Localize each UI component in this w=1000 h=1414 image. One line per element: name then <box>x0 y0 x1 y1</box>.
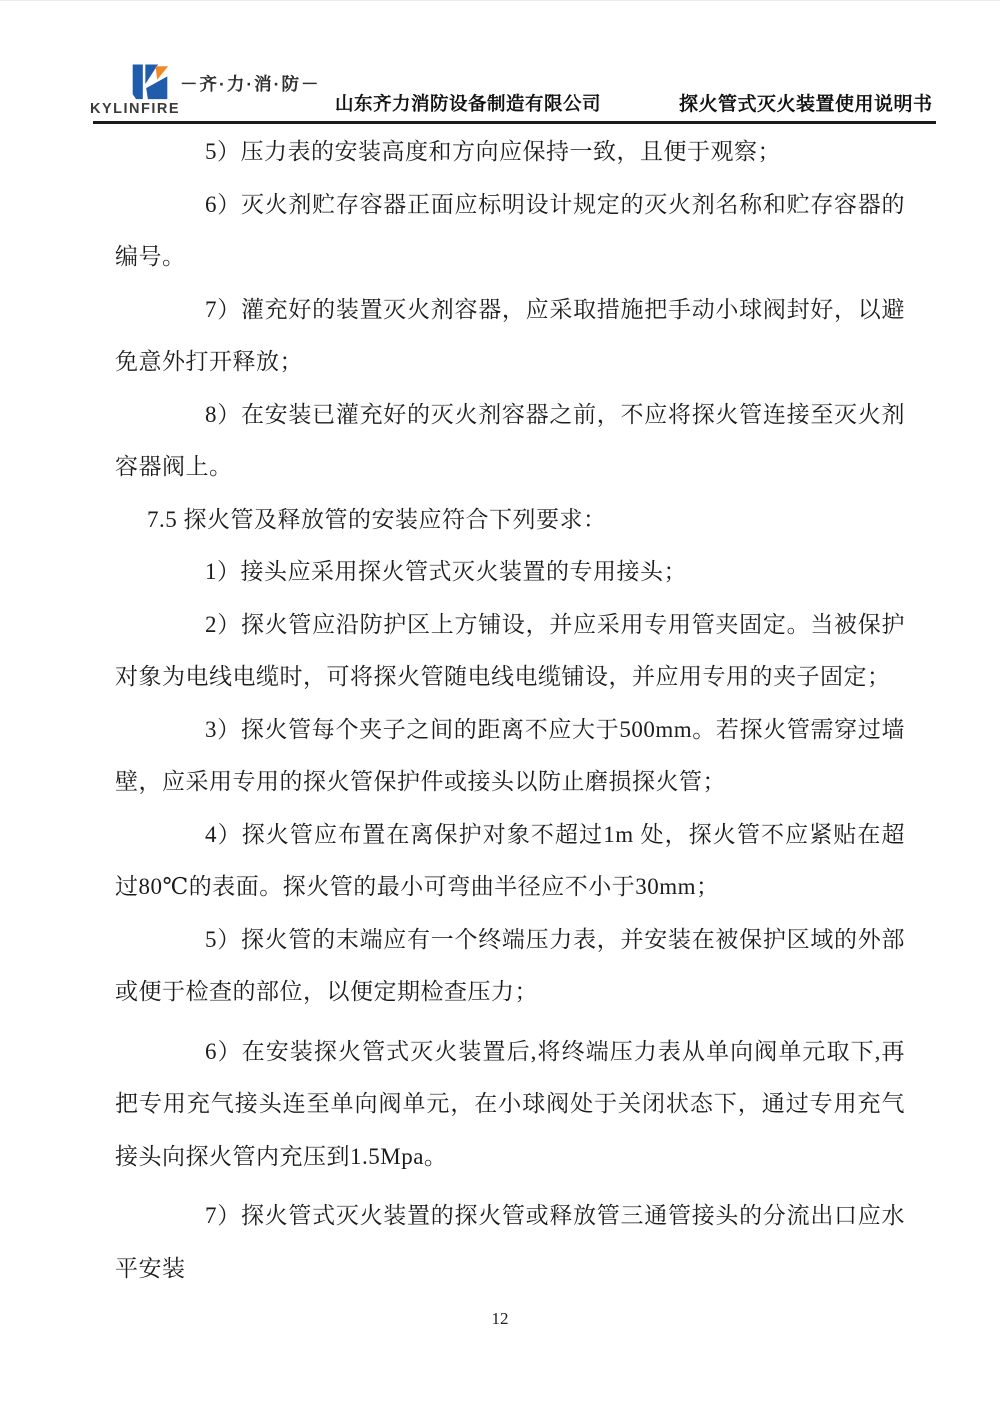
paragraph-item-7: 7）灌充好的装置灭火剂容器，应采取措施把手动小球阀封好，以避免意外打开释放； <box>115 284 905 389</box>
kylinfire-logo-icon <box>131 62 169 100</box>
logo-lower-leg-shape <box>146 76 167 99</box>
paragraph-subitem-1: 1）接头应采用探火管式灭火装置的专用接头； <box>115 546 905 599</box>
paragraph-item-6: 6）灭火剂贮存容器正面应标明设计规定的灭火剂名称和贮存容器的编号。 <box>115 179 905 284</box>
header-company-name: 山东齐力消防设备制造有限公司 <box>335 90 601 116</box>
paragraph-subitem-5: 5）探火管的末端应有一个终端压力表，并安装在被保护区域的外部或便于检查的部位，以… <box>115 914 905 1019</box>
paragraph-item-8: 8）在安装已灌充好的灭火剂容器之前，不应将探火管连接至灭火剂容器阀上。 <box>115 389 905 494</box>
paragraph-section-7-5: 7.5 探火管及释放管的安装应符合下列要求： <box>115 494 905 547</box>
logo-stem-shape <box>133 65 143 100</box>
document-body: 5）压力表的安装高度和方向应保持一致，且便于观察； 6）灭火剂贮存容器正面应标明… <box>115 126 905 1295</box>
paragraph-subitem-4: 4）探火管应布置在离保护对象不超过1m 处，探火管不应紧贴在超过80℃的表面。探… <box>115 809 905 914</box>
paragraph-subitem-3: 3）探火管每个夹子之间的距离不应大于500mm。若探火管需穿过墙壁，应采用专用的… <box>115 704 905 809</box>
header-document-title: 探火管式灭火装置使用说明书 <box>679 89 933 116</box>
paragraph-item-5: 5）压力表的安装高度和方向应保持一致，且便于观察； <box>115 126 905 179</box>
document-page: KYLINFIRE －齐·力·消·防－ 山东齐力消防设备制造有限公司 探火管式灭… <box>0 0 1000 1414</box>
logo-tagline-text: －齐·力·消·防－ <box>180 71 320 96</box>
page-number: 12 <box>0 1309 1000 1329</box>
header-divider-rule <box>93 121 936 124</box>
paragraph-subitem-2: 2）探火管应沿防护区上方铺设，并应采用专用管夹固定。当被保护对象为电线电缆时，可… <box>115 599 905 704</box>
paragraph-subitem-7: 7）探火管式灭火装置的探火管或释放管三通管接头的分流出口应水平安装 <box>115 1190 905 1295</box>
logo-brand-text: KYLINFIRE <box>90 101 180 117</box>
paragraph-subitem-6: 6）在安装探火管式灭火装置后,将终端压力表从单向阀单元取下,再把专用充气接头连至… <box>115 1026 905 1184</box>
page-header: KYLINFIRE －齐·力·消·防－ 山东齐力消防设备制造有限公司 探火管式灭… <box>0 1 1000 125</box>
